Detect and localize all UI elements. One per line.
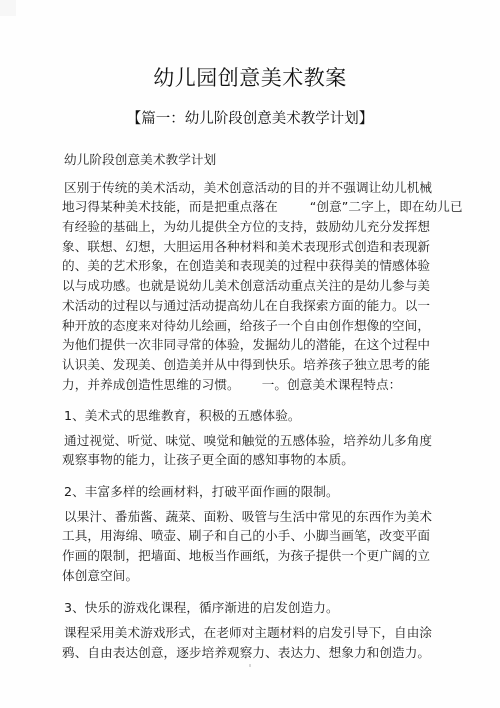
- text-span: 力，并养成创造性思维的习惯。: [62, 377, 240, 392]
- text-span: 地习得某种美术技能，而是把重点落在: [62, 199, 278, 214]
- paragraph-line: 认识美、发现美、创造美并从中得到快乐。培养孩子独立思考的能: [62, 357, 430, 373]
- page-mark: [249, 664, 251, 667]
- paragraph-line: 体创意空间。: [62, 568, 138, 584]
- paragraph-line: 地习得某种美术技能，而是把重点落在“创意”二字上，即在幼儿已: [62, 199, 463, 215]
- document-title: 幼儿园创意美术教案: [0, 62, 500, 92]
- paragraph-line: 有经验的基础上，为幼儿提供全方位的支持，鼓励幼儿充分发挥想: [62, 219, 430, 235]
- section-label: 一。创意美术课程特点：: [262, 377, 402, 392]
- paragraph-line: 种开放的态度来对待幼儿绘画，给孩子一个自由创作想像的空间，: [62, 318, 430, 334]
- paragraph-line: 力，并养成创造性思维的习惯。一。创意美术课程特点：: [62, 377, 401, 393]
- point-heading: 1、美术式的思维教育，积极的五感体验。: [64, 408, 301, 424]
- text-span: “创意”二字上，即在幼儿已: [310, 199, 463, 214]
- document-subtitle: 【篇一：幼儿阶段创意美术教学计划】: [0, 107, 500, 128]
- paragraph-line: 鸦、自由表达创意，逐步培养观察力、表达力、想象力和创造力。: [62, 645, 430, 661]
- paragraph-line: 象、联想、幻想，大胆运用各种材料和美术表现形式创造和表现新: [62, 239, 430, 255]
- paragraph-line: 观察事物的能力，让孩子更全面的感知事物的本质。: [62, 452, 354, 468]
- paragraph-line: 课程采用美术游戏形式，在老师对主题材料的启发引导下，自由涂: [64, 625, 432, 641]
- paragraph-line: 区别于传统的美术活动，美术创意活动的目的并不强调让幼儿机械: [64, 180, 432, 196]
- section-heading: 幼儿阶段创意美术教学计划: [64, 152, 216, 168]
- page-corner: [0, 0, 16, 16]
- paragraph-line: 通过视觉、听觉、味觉、嗅觉和触觉的五感体验，培养幼儿多角度: [64, 433, 432, 449]
- document-page: 幼儿园创意美术教案 【篇一：幼儿阶段创意美术教学计划】 幼儿阶段创意美术教学计划…: [0, 0, 500, 708]
- paragraph-line: 作画的限制，把墙面、地板当作画纸，为孩子提供一个更广阔的立: [62, 548, 430, 564]
- paragraph-line: 术活动的过程以与通过活动提高幼儿在自我探索方面的能力。以一: [62, 298, 430, 314]
- paragraph-line: 的、美的艺术形象，在创造美和表现美的过程中获得美的情感体验: [62, 258, 430, 274]
- paragraph-line: 工具，用海绵、喷壶、刷子和自己的小手、小脚当画笔，改变平面: [62, 528, 430, 544]
- paragraph-line: 以与成功感。也就是说幼儿美术创意活动重点关注的是幼儿参与美: [62, 278, 430, 294]
- point-heading: 2、丰富多样的绘画材料，打破平面作画的限制。: [64, 484, 339, 500]
- paragraph-line: 为他们提供一次非同寻常的体验，发掘幼儿的潜能，在这个过程中: [62, 337, 430, 353]
- point-heading: 3、快乐的游戏化课程，循序渐进的启发创造力。: [64, 600, 339, 616]
- paragraph-line: 以果汁、番茄酱、蔬菜、面粉、吸管与生活中常见的东西作为美术: [64, 509, 432, 525]
